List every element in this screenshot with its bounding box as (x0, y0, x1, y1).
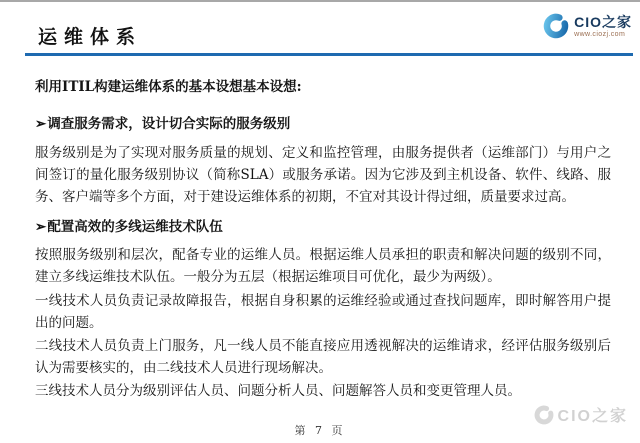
arrow-bullet-icon: ➢ (35, 219, 46, 235)
header-divider (25, 53, 633, 56)
logo-website-url: www.ciozj.com (574, 31, 632, 38)
section-heading-teams: ➢配置高效的多线运维技术队伍 (35, 216, 611, 238)
cio-swirl-icon-gray (534, 405, 554, 425)
page-title: 运维体系 (38, 22, 142, 49)
logo-text-group: CIO之家 www.ciozj.com (574, 15, 632, 38)
paragraph-tier1: 一线技术人员负责记录故障报告，根据自身积累的运维经验或通过查找问题库，即时解答用… (35, 290, 611, 334)
document-page: 运维体系 CIO之家 www.ciozj.com 利用ITIL构建运维体系的基本… (0, 0, 640, 443)
section-heading-service-level: ➢调查服务需求，设计切合实际的服务级别 (35, 113, 611, 135)
paragraph-tier3: 三线技术人员分为级别评估人员、问题分析人员、问题解答人员和变更管理人员。 (35, 380, 611, 402)
logo-brand-name: CIO之家 (574, 15, 632, 29)
arrow-bullet-icon: ➢ (35, 116, 46, 132)
watermark-text: CIO之家 (558, 403, 628, 426)
section-heading-text: 调查服务需求，设计切合实际的服务级别 (47, 116, 290, 132)
section-heading-text: 配置高效的多线运维技术队伍 (47, 219, 223, 235)
paragraph-tier2: 二线技术人员负责上门服务，凡一线人员不能直接应用透视解决的运维请求，经评估服务级… (35, 335, 611, 379)
paragraph-team-structure: 按照服务级别和层次，配备专业的运维人员。根据运维人员承担的职责和解决问题的级别不… (35, 244, 611, 288)
cio-swirl-icon (543, 13, 569, 39)
brand-logo: CIO之家 www.ciozj.com (543, 13, 632, 39)
intro-statement: 利用ITIL构建运维体系的基本设想基本设想: (35, 76, 611, 98)
watermark: CIO之家 (534, 403, 628, 426)
paragraph-sla: 服务级别是为了实现对服务质量的规划、定义和监控管理，由服务提供者（运维部门）与用… (35, 142, 611, 208)
